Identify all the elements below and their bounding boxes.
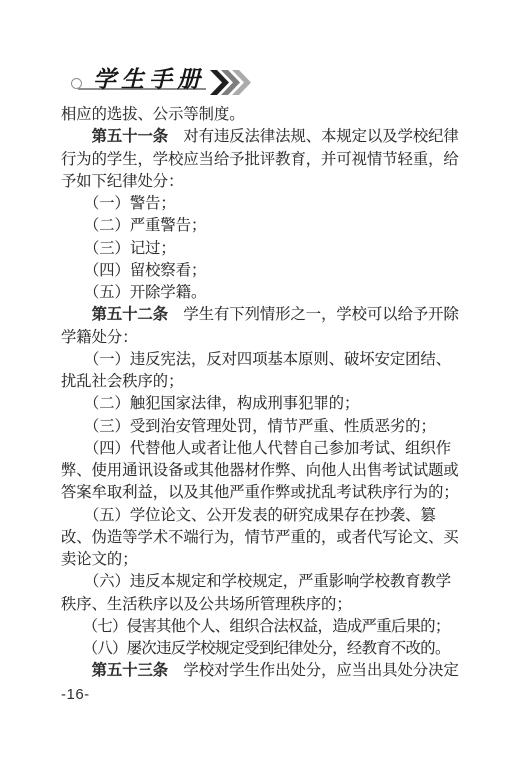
text-segment: 相应的选拔、公示等制度。 [61,106,245,123]
text-line: （三）受到治安管理处罚，情节严重、性质恶劣的； [61,416,463,438]
text-line: （五）学位论文、公开发表的研究成果存在抄袭、篡 [61,505,463,527]
text-line: （八）屡次违反学校规定受到纪律处分，经教育不改的。 [61,638,463,660]
text-line: 第五十二条 学生有下列情形之一，学校可以给予开除 [61,304,463,326]
text-segment: （四）代替他人或者让他人代替自己参加考试、组织作 [61,440,451,457]
text-line: （四）代替他人或者让他人代替自己参加考试、组织作 [61,438,463,460]
page-number: -16- [61,686,90,703]
text-segment: 予如下纪律处分： [61,173,183,190]
text-line: 改、伪造等学术不端行为，情节严重的，或者代写论文、买 [61,527,463,549]
text-line: （二）触犯国家法律，构成刑事犯罪的； [61,393,463,415]
text-line: 予如下纪律处分： [61,171,463,193]
text-line: 第五十三条 学校对学生作出处分，应当出具处分决定 [61,660,463,682]
text-line: 卖论文的； [61,549,463,571]
clause-number: 第五十一条 [92,128,169,145]
text-segment [61,128,92,145]
text-line: （一）违反宪法，反对四项基本原则、破坏安定团结、 [61,349,463,371]
text-segment: （二）触犯国家法律，构成刑事犯罪的； [61,395,359,412]
text-segment: （六）违反本规定和学校规定，严重影响学校教育教学 [61,573,451,590]
text-segment [61,306,92,323]
text-line: （三）记过； [61,238,463,260]
triple-chevron-icon [210,70,252,95]
text-line: 行为的学生，学校应当给予批评教育，并可视情节轻重，给 [61,149,463,171]
text-segment: （二）严重警告； [61,217,206,234]
text-segment: 卖论文的； [61,551,138,568]
text-segment: （一）警告； [61,195,176,212]
text-line: （七）侵害其他个人、组织合法权益，造成严重后果的； [61,616,463,638]
text-segment: （四）留校察看； [61,262,206,279]
text-line: 第五十一条 对有违反法律法规、本规定以及学校纪律 [61,126,463,148]
clause-number: 第五十二条 [92,306,169,323]
text-line: 秩序、生活秩序以及公共场所管理秩序的； [61,594,463,616]
text-segment [61,662,92,679]
text-segment: （五）学位论文、公开发表的研究成果存在抄袭、篡 [61,507,436,524]
text-segment: （一）违反宪法，反对四项基本原则、破坏安定团结、 [61,351,451,368]
text-line: 扰乱社会秩序的； [61,371,463,393]
text-segment: 扰乱社会秩序的； [61,373,183,390]
document-body: 相应的选拔、公示等制度。 第五十一条 对有违反法律法规、本规定以及学校纪律行为的… [61,104,463,683]
page-header-title: 学生手册 [93,61,205,94]
handbook-page: 学生手册 相应的选拔、公示等制度。 第五十一条 对有违反法律法规、本规定以及学校… [0,0,525,768]
text-line: （五）开除学籍。 [61,282,463,304]
text-segment: 改、伪造等学术不端行为，情节严重的，或者代写论文、买 [61,529,459,546]
text-line: （一）警告； [61,193,463,215]
text-line: （六）违反本规定和学校规定，严重影响学校教育教学 [61,571,463,593]
text-line: （四）留校察看； [61,260,463,282]
text-line: （二）严重警告； [61,215,463,237]
text-segment: 学籍处分： [61,329,138,346]
text-line: 相应的选拔、公示等制度。 [61,104,463,126]
clause-number: 第五十三条 [92,662,169,679]
text-segment: 弊、使用通讯设备或其他器材作弊、向他人出售考试试题或 [61,462,459,479]
text-segment: （八）屡次违反学校规定受到纪律处分，经教育不改的。 [61,640,450,657]
text-segment: 对有违反法律法规、本规定以及学校纪律 [168,128,459,145]
text-line: 答案牟取利益，以及其他严重作弊或扰乱考试秩序行为的； [61,482,463,504]
text-segment: （三）受到治安管理处罚，情节严重、性质恶劣的； [61,418,436,435]
text-segment: 答案牟取利益，以及其他严重作弊或扰乱考试秩序行为的； [61,484,459,501]
text-segment: 行为的学生，学校应当给予批评教育，并可视情节轻重，给 [61,151,459,168]
text-segment: 学生有下列情形之一，学校可以给予开除 [168,306,459,323]
text-segment: （七）侵害其他个人、组织合法权益，造成严重后果的； [61,618,450,635]
text-line: 学籍处分： [61,327,463,349]
text-segment: （三）记过； [61,240,176,257]
text-segment: 秩序、生活秩序以及公共场所管理秩序的； [61,596,352,613]
header-bullet-circle [71,78,82,89]
text-segment: 学校对学生作出处分，应当出具处分决定 [168,662,459,679]
text-segment: （五）开除学籍。 [61,284,206,301]
text-line: 弊、使用通讯设备或其他器材作弊、向他人出售考试试题或 [61,460,463,482]
